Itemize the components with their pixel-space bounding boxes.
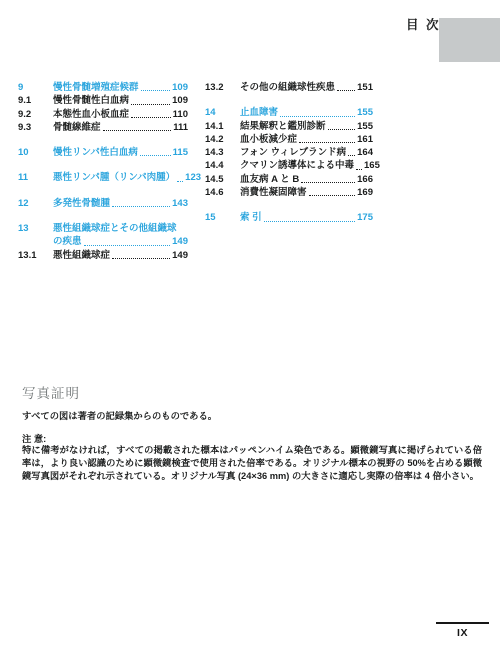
- toc-entry: 13.2その他の組織球性疾患151: [205, 81, 373, 94]
- toc-entry-title: 悪性組織球症: [53, 249, 110, 262]
- toc-entry-title: 慢性骨髄性白血病: [53, 94, 129, 107]
- toc-entry-number: 14.4: [205, 159, 240, 172]
- toc-entry-number: 14: [205, 106, 240, 119]
- toc-entry: 13.1悪性組織球症149: [18, 249, 188, 262]
- toc-entry-title: 悪性リンパ腫（リンパ肉腫）: [53, 171, 175, 184]
- toc-entry-body: 慢性リンパ性白血病115: [53, 146, 188, 159]
- toc-leader-dots: [177, 181, 183, 182]
- toc-entry-page: 155: [357, 106, 373, 119]
- toc-entry-body: 慢性骨髄性白血病109: [53, 94, 188, 107]
- toc-entry-page: 165: [364, 159, 380, 172]
- toc-entry-number: 9.2: [18, 108, 53, 121]
- toc-entry: 13悪性組織球症とその他組織球の疾患149: [18, 222, 188, 249]
- toc-entry-page: 161: [357, 133, 373, 146]
- toc-entry-body: その他の組織球性疾患151: [240, 81, 373, 94]
- toc-entry: 14.5血友病 A と B166: [205, 173, 373, 186]
- note-label: 注 意:: [22, 431, 46, 445]
- toc-entry-title: 消費性凝固障害: [240, 186, 307, 199]
- toc-entry-page: 149: [172, 249, 188, 262]
- toc-entry-number: 13: [18, 222, 53, 235]
- toc-entry-title: 慢性リンパ性白血病: [53, 146, 138, 159]
- scanned-toc-page: 目 次 9慢性骨髄増殖症候群1099.1慢性骨髄性白血病1099.2本態性血小板…: [0, 0, 500, 670]
- toc-leader-dots: [112, 206, 170, 207]
- toc-entry-title: 悪性組織球症とその他組織球: [53, 222, 177, 235]
- toc-entry-body: 骨髄線維症111: [53, 121, 188, 134]
- toc-entry: 14.6消費性凝固障害169: [205, 186, 373, 199]
- toc-entry-line: 慢性骨髄性白血病109: [53, 94, 188, 107]
- photo-credit-heading: 写真証明: [22, 382, 80, 402]
- toc-entry-body: 索 引175: [240, 211, 373, 224]
- toc-entry-body: 止血障害155: [240, 106, 373, 119]
- toc-entry-number: 9: [18, 81, 53, 94]
- toc-entry-body: 血小板減少症161: [240, 133, 373, 146]
- toc-entry-body: 血友病 A と B166: [240, 173, 373, 186]
- toc-leader-dots: [264, 221, 356, 222]
- toc-entry-title: 多発性骨髄腫: [53, 197, 110, 210]
- toc-entry-line: 結果解釈と鑑別診断155: [240, 120, 373, 133]
- toc-entry-title-line2: の疾患: [53, 235, 82, 248]
- toc-entry-title: 血小板減少症: [240, 133, 297, 146]
- toc-entry-line: フォン ウィレブランド病164: [240, 146, 373, 159]
- toc-entry-title: クマリン誘導体による中毒: [240, 159, 354, 172]
- toc-entry-body: フォン ウィレブランド病164: [240, 146, 373, 159]
- toc-entry-page: 123: [185, 171, 201, 184]
- toc-entry: 14.2血小板減少症161: [205, 133, 373, 146]
- toc-leader-dots: [348, 155, 355, 156]
- page-number: IX: [436, 627, 489, 639]
- toc-leader-dots: [301, 182, 355, 183]
- toc-leader-dots: [103, 130, 172, 131]
- toc-entry-line: 多発性骨髄腫143: [53, 197, 188, 210]
- toc-entry-line: 慢性リンパ性白血病115: [53, 146, 188, 159]
- toc-entry-body: 結果解釈と鑑別診断155: [240, 120, 373, 133]
- toc-entry-line: 血小板減少症161: [240, 133, 373, 146]
- toc-entry-number: 14.2: [205, 133, 240, 146]
- toc-entry-title: 結果解釈と鑑別診断: [240, 120, 326, 133]
- toc-entry-title: 骨髄線維症: [53, 121, 101, 134]
- toc-entry-line: 悪性リンパ腫（リンパ肉腫）123: [53, 171, 188, 184]
- toc-right-column: 13.2その他の組織球性疾患15114止血障害15514.1結果解釈と鑑別診断1…: [205, 81, 373, 225]
- toc-entry-body: 多発性骨髄腫143: [53, 197, 188, 210]
- toc-entry: 15索 引175: [205, 211, 373, 224]
- toc-entry-line: 悪性組織球症149: [53, 249, 188, 262]
- toc-entry-page: 166: [357, 173, 373, 186]
- toc-leader-dots: [131, 117, 171, 118]
- toc-entry-page: 111: [173, 121, 188, 134]
- toc-leader-dots: [280, 116, 355, 117]
- toc-entry-number: 12: [18, 197, 53, 210]
- toc-entry-page: 175: [357, 211, 373, 224]
- toc-entry: 9慢性骨髄増殖症候群109: [18, 81, 188, 94]
- toc-entry: 14.1結果解釈と鑑別診断155: [205, 120, 373, 133]
- toc-entry: 14.3フォン ウィレブランド病164: [205, 146, 373, 159]
- toc-leader-dots: [337, 90, 355, 91]
- toc-leader-dots: [140, 155, 171, 156]
- photo-credit-body: すべての図は著者の記録集からのものである。: [22, 408, 217, 422]
- corner-gray-box: [439, 18, 500, 62]
- toc-entry-line: 血友病 A と B166: [240, 173, 373, 186]
- toc-entry-line: の疾患149: [53, 235, 188, 248]
- toc-entry-page: 110: [173, 108, 188, 121]
- toc-entry-number: 13.1: [18, 249, 53, 262]
- toc-entry-number: 10: [18, 146, 53, 159]
- toc-entry: 14.4クマリン誘導体による中毒165: [205, 159, 373, 172]
- toc-entry-number: 9.3: [18, 121, 53, 134]
- toc-entry-title: 本態性血小板血症: [53, 108, 129, 121]
- toc-entry-page: 149: [172, 235, 188, 248]
- toc-leader-dots: [299, 142, 355, 143]
- toc-entry-line: 慢性骨髄増殖症候群109: [53, 81, 188, 94]
- toc-leader-dots: [141, 90, 171, 91]
- toc-entry: 9.1慢性骨髄性白血病109: [18, 94, 188, 107]
- toc-entry-line: 本態性血小板血症110: [53, 108, 188, 121]
- toc-entry-line: 消費性凝固障害169: [240, 186, 373, 199]
- toc-entry-line: その他の組織球性疾患151: [240, 81, 373, 94]
- toc-leader-dots: [112, 258, 170, 259]
- toc-entry-title: その他の組織球性疾患: [240, 81, 335, 94]
- toc-entry-title: 止血障害: [240, 106, 278, 119]
- toc-entry-body: 消費性凝固障害169: [240, 186, 373, 199]
- toc-entry-body: 慢性骨髄増殖症候群109: [53, 81, 188, 94]
- toc-entry: 10慢性リンパ性白血病115: [18, 146, 188, 159]
- toc-leader-dots: [309, 195, 356, 196]
- toc-entry-line: 骨髄線維症111: [53, 121, 188, 134]
- toc-leader-dots: [131, 104, 170, 105]
- toc-entry-body: 悪性リンパ腫（リンパ肉腫）123: [53, 171, 188, 184]
- toc-entry-line: クマリン誘導体による中毒165: [240, 159, 373, 172]
- toc-entry: 12多発性骨髄腫143: [18, 197, 188, 210]
- toc-leader-dots: [84, 245, 171, 246]
- toc-entry-body: 悪性組織球症149: [53, 249, 188, 262]
- toc-entry-number: 13.2: [205, 81, 240, 94]
- toc-entry-page: 155: [357, 120, 373, 133]
- toc-entry-title: フォン ウィレブランド病: [240, 146, 346, 159]
- toc-entry-title: 血友病 A と B: [240, 173, 299, 186]
- toc-entry: 9.2本態性血小板血症110: [18, 108, 188, 121]
- toc-entry: 11悪性リンパ腫（リンパ肉腫）123: [18, 171, 188, 184]
- page-header-title: 目 次: [406, 15, 440, 33]
- toc-left-column: 9慢性骨髄増殖症候群1099.1慢性骨髄性白血病1099.2本態性血小板血症11…: [18, 81, 188, 262]
- toc-entry: 14止血障害155: [205, 106, 373, 119]
- toc-entry-number: 9.1: [18, 94, 53, 107]
- toc-entry-number: 15: [205, 211, 240, 224]
- toc-leader-dots: [328, 129, 356, 130]
- toc-entry-page: 151: [357, 81, 373, 94]
- footer-divider-line: [436, 622, 489, 624]
- toc-entry-title: 慢性骨髄増殖症候群: [53, 81, 139, 94]
- toc-entry-page: 109: [172, 94, 188, 107]
- toc-entry-number: 11: [18, 171, 53, 184]
- toc-entry-page: 115: [173, 146, 188, 159]
- toc-entry-number: 14.1: [205, 120, 240, 133]
- toc-leader-dots: [356, 169, 362, 170]
- toc-entry-number: 14.3: [205, 146, 240, 159]
- toc-entry-title: 索 引: [240, 211, 262, 224]
- toc-entry-page: 109: [172, 81, 188, 94]
- toc-entry-number: 14.5: [205, 173, 240, 186]
- toc-entry-line: 悪性組織球症とその他組織球: [53, 222, 188, 235]
- toc-entry-line: 索 引175: [240, 211, 373, 224]
- toc-entry-page: 164: [357, 146, 373, 159]
- toc-entry-line: 止血障害155: [240, 106, 373, 119]
- toc-entry-page: 169: [357, 186, 373, 199]
- toc-entry-body: 本態性血小板血症110: [53, 108, 188, 121]
- toc-entry-body: クマリン誘導体による中毒165: [240, 159, 373, 172]
- toc-entry-page: 143: [172, 197, 188, 210]
- toc-entry-number: 14.6: [205, 186, 240, 199]
- toc-entry: 9.3骨髄線維症111: [18, 121, 188, 134]
- note-paragraph: 特に備考がなければ，すべての掲載された標本はパッペンハイム染色である。顕微鏡写真…: [22, 444, 482, 484]
- toc-entry-body: 悪性組織球症とその他組織球の疾患149: [53, 222, 188, 249]
